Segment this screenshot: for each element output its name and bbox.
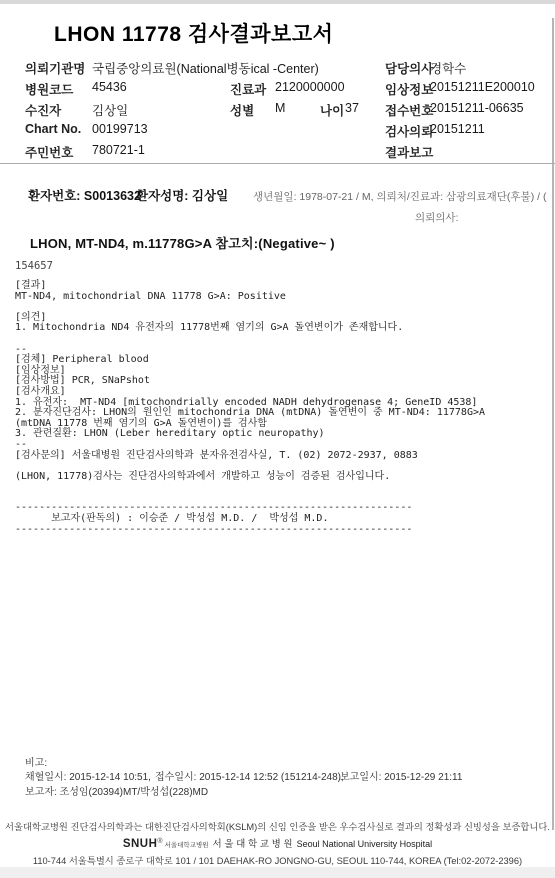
- remark-note-label: 비고:: [25, 754, 47, 769]
- requesting-org-label: 의뢰기관명: [25, 59, 85, 77]
- header-divider: [0, 163, 555, 164]
- receipt-no-value: 20151211-06635: [430, 101, 524, 115]
- footer-address: 110-744 서울특별시 종로구 대학로 101 / 101 DAEHAK-R…: [0, 853, 555, 867]
- hospital-code-value: 45436: [92, 80, 127, 94]
- report-date-label: 결과보고: [385, 143, 433, 161]
- age-label: 나이: [320, 101, 344, 119]
- receipt-no-label: 접수번호: [385, 101, 433, 119]
- banner-patient-no: 환자번호: S0013632: [28, 186, 141, 204]
- remark-collected: 채혈일시: 2015-12-14 10:51,: [25, 768, 151, 783]
- remark-received: 접수일시: 2015-12-14 12:52 (151214-248),: [155, 768, 344, 783]
- chart-no-value: 00199713: [92, 122, 148, 136]
- registered-mark-icon: ®: [157, 838, 162, 845]
- dept-label: 진료과: [230, 80, 266, 98]
- sex-label: 성별: [230, 101, 254, 119]
- age-value: 37: [345, 101, 359, 115]
- dept-value: 2120000000: [275, 80, 345, 94]
- requesting-org-value: 국립중앙의료원(National병동ical -Center): [92, 59, 319, 77]
- resident-no-value: 780721-1: [92, 143, 145, 157]
- footer-logo-small-text: 서울대학교병원: [165, 842, 209, 849]
- header-row-2: 병원코드 45436 진료과 2120000000 임상정보 20151211E…: [0, 80, 555, 100]
- footer-accreditation: 서울대학교병원 진단검사의학과는 대한진단검사의학회(KSLM)의 신임 인증을…: [0, 819, 555, 833]
- banner-birth-info: 생년월일: 1978-07-21 / M, 의뢰처/진료과: 삼광의료재단(후불…: [253, 189, 546, 204]
- specimen-id: 154657: [15, 260, 53, 272]
- banner-referring-doctor: 의뢰의사:: [415, 210, 459, 225]
- banner-patient-name: 환자성명: 김상일: [136, 186, 228, 204]
- request-date-value: 20151211: [430, 122, 485, 136]
- header-row-4: Chart No. 00199713 검사의뢰 20151211: [0, 122, 555, 142]
- patient-label: 수진자: [25, 101, 61, 119]
- lab-report-page: LHON 11778 검사결과보고서 의뢰기관명 국립중앙의료원(Nationa…: [0, 0, 555, 878]
- snuh-logo: SNUH: [123, 838, 158, 850]
- request-date-label: 검사의뢰: [385, 122, 433, 140]
- footer-hospital-line: SNUH®서울대학교병원서 울 대 학 교 병 원Seoul National …: [0, 836, 555, 850]
- doctor-value: 경학수: [430, 59, 466, 77]
- report-body-text: [결과] MT-ND4, mitochondrial DNA 11778 G>A…: [15, 281, 485, 535]
- remark-reporter: 보고자: 조성임(20394)MT/박성섭(228)MD: [25, 783, 208, 798]
- top-border-strip: [0, 0, 555, 4]
- remark-reported: 보고일시: 2015-12-29 21:11: [340, 768, 462, 783]
- header-row-1: 의뢰기관명 국립중앙의료원(National병동ical -Center) 담당…: [0, 59, 555, 79]
- clinical-info-value: 20151211E200010: [430, 80, 535, 94]
- patient-value: 김상일: [92, 101, 128, 119]
- chart-no-label: Chart No.: [25, 122, 81, 136]
- clinical-info-label: 임상정보: [385, 80, 433, 98]
- report-title: LHON 11778 검사결과보고서: [54, 18, 333, 48]
- result-heading: LHON, MT-ND4, m.11778G>A 참고치:(Negative~ …: [30, 233, 335, 252]
- footer-hospital-en: Seoul National University Hospital: [297, 839, 433, 849]
- sex-value: M: [275, 101, 285, 115]
- footer-hospital-kr: 서 울 대 학 교 병 원: [213, 839, 293, 850]
- header-row-5: 주민번호 780721-1 결과보고: [0, 143, 555, 163]
- doctor-label: 담당의사: [385, 59, 433, 77]
- header-row-3: 수진자 김상일 성별 M 나이 37 접수번호 20151211-06635: [0, 101, 555, 121]
- resident-no-label: 주민번호: [25, 143, 73, 161]
- hospital-code-label: 병원코드: [25, 80, 73, 98]
- footer: 서울대학교병원 진단검사의학과는 대한진단검사의학회(KSLM)의 신임 인증을…: [0, 819, 555, 867]
- bottom-border-strip: [0, 867, 555, 878]
